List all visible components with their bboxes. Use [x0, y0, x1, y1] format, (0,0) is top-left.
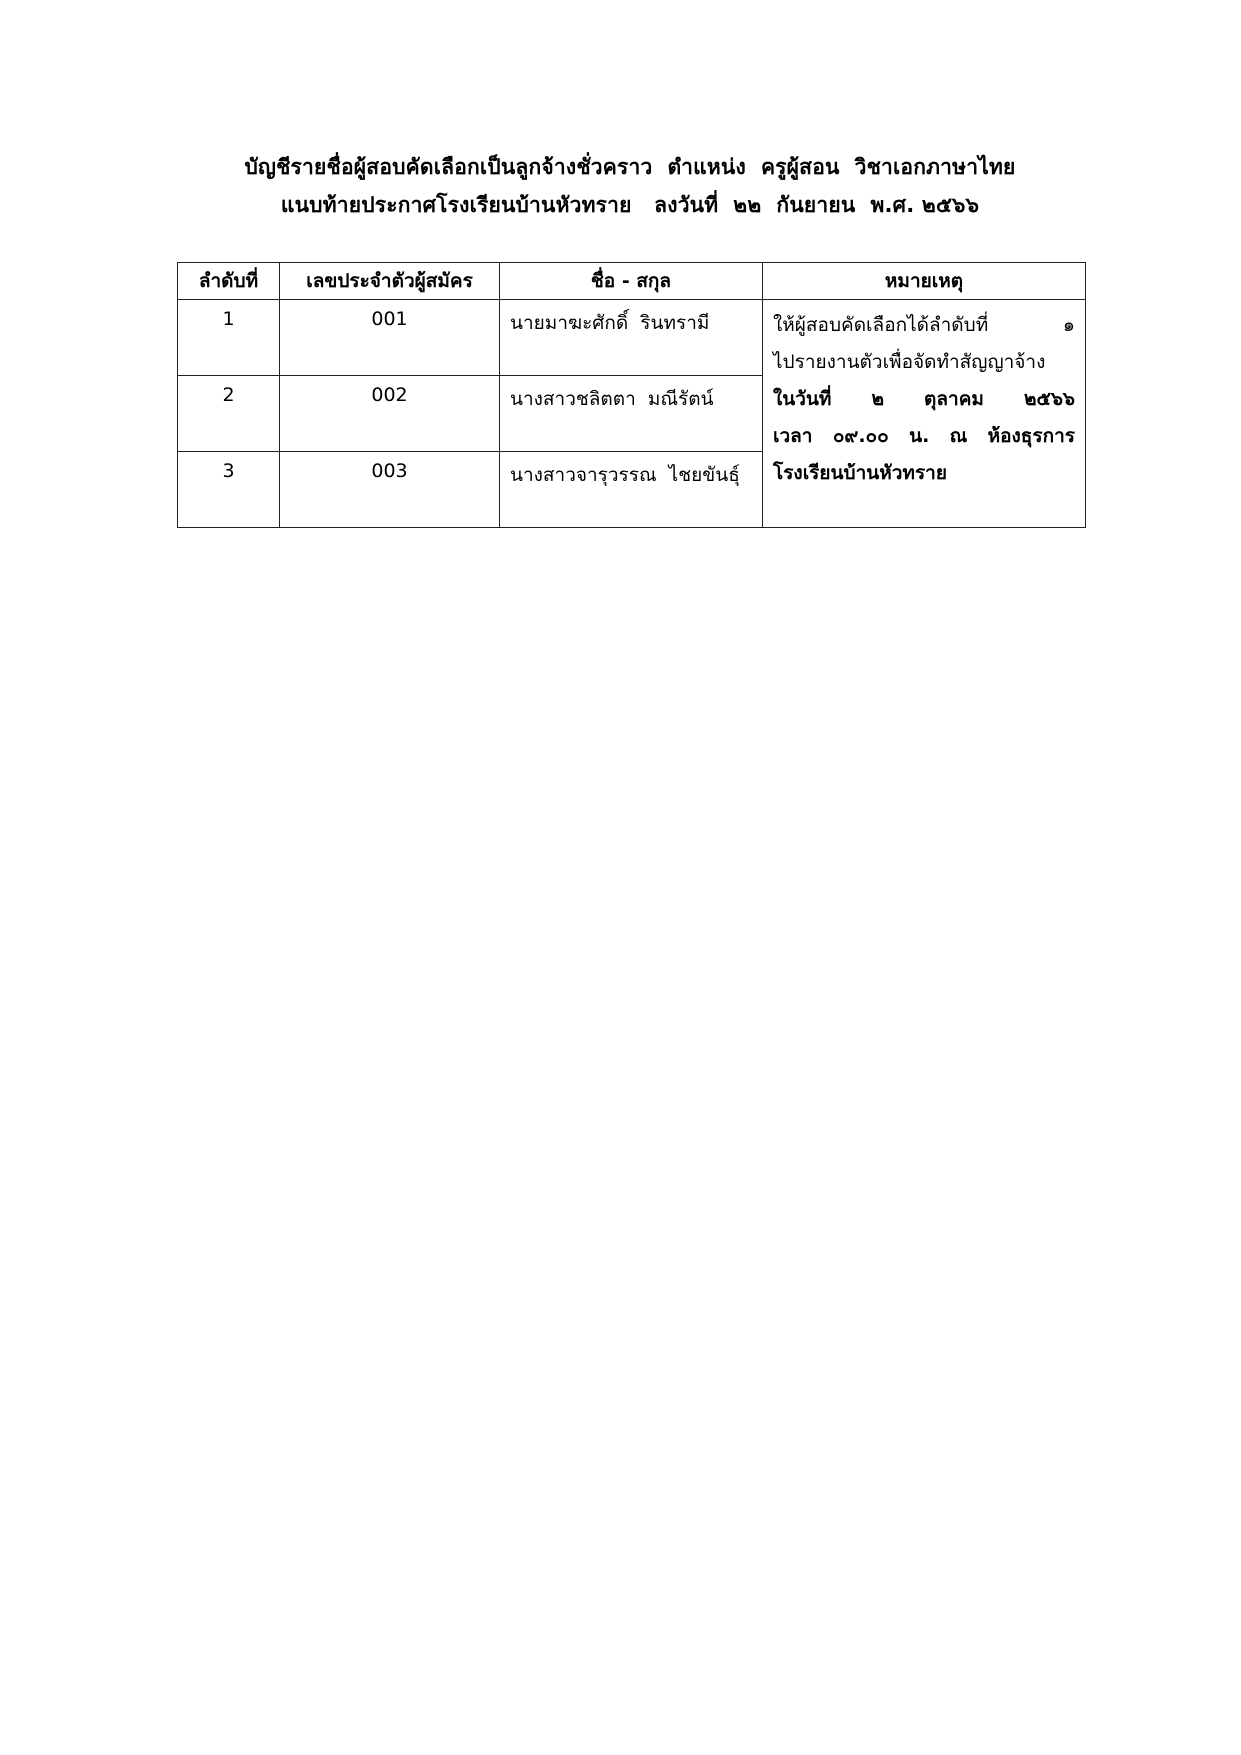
cell-applicant-id: 003	[280, 452, 500, 528]
header-full-name: ชื่อ - สกุล	[500, 263, 763, 300]
document-subtitle: แนบท้ายประกาศโรงเรียนบ้านหัวทราย ลงวันที…	[0, 189, 1241, 222]
cell-full-name: นางสาวจารุวรรณ ไชยขันธุ์	[500, 452, 763, 528]
header-order: ลำดับที่	[178, 263, 280, 300]
cell-applicant-id: 002	[280, 376, 500, 452]
remark-line: ในวันที่ ๒ ตุลาคม ๒๕๖๖	[773, 381, 1075, 418]
document-title: บัญชีรายชื่อผู้สอบคัดเลือกเป็นลูกจ้างชั่…	[0, 151, 1241, 184]
remark-line: เวลา ๐๙.๐๐ น. ณ ห้องธุรการ	[773, 418, 1075, 455]
cell-full-name: นายมาฆะศักดิ์ รินทรามี	[500, 300, 763, 376]
cell-order: 3	[178, 452, 280, 528]
cell-applicant-id: 001	[280, 300, 500, 376]
cell-order: 2	[178, 376, 280, 452]
remark-line: ให้ผู้สอบคัดเลือกได้ลำดับที่ ๑	[773, 307, 1075, 344]
cell-remark: ให้ผู้สอบคัดเลือกได้ลำดับที่ ๑ ไปรายงานต…	[763, 300, 1086, 528]
remark-line: โรงเรียนบ้านหัวทราย	[773, 455, 1075, 492]
header-remark: หมายเหตุ	[763, 263, 1086, 300]
header-applicant-id: เลขประจำตัวผู้สมัคร	[280, 263, 500, 300]
table-row: 1 001 นายมาฆะศักดิ์ รินทรามี ให้ผู้สอบคั…	[178, 300, 1086, 376]
cell-full-name: นางสาวชลิตตา มณีรัตน์	[500, 376, 763, 452]
remark-line: ไปรายงานตัวเพื่อจัดทำสัญญาจ้าง	[773, 344, 1075, 381]
table-header-row: ลำดับที่ เลขประจำตัวผู้สมัคร ชื่อ - สกุล…	[178, 263, 1086, 300]
candidate-table: ลำดับที่ เลขประจำตัวผู้สมัคร ชื่อ - สกุล…	[177, 262, 1086, 528]
cell-order: 1	[178, 300, 280, 376]
